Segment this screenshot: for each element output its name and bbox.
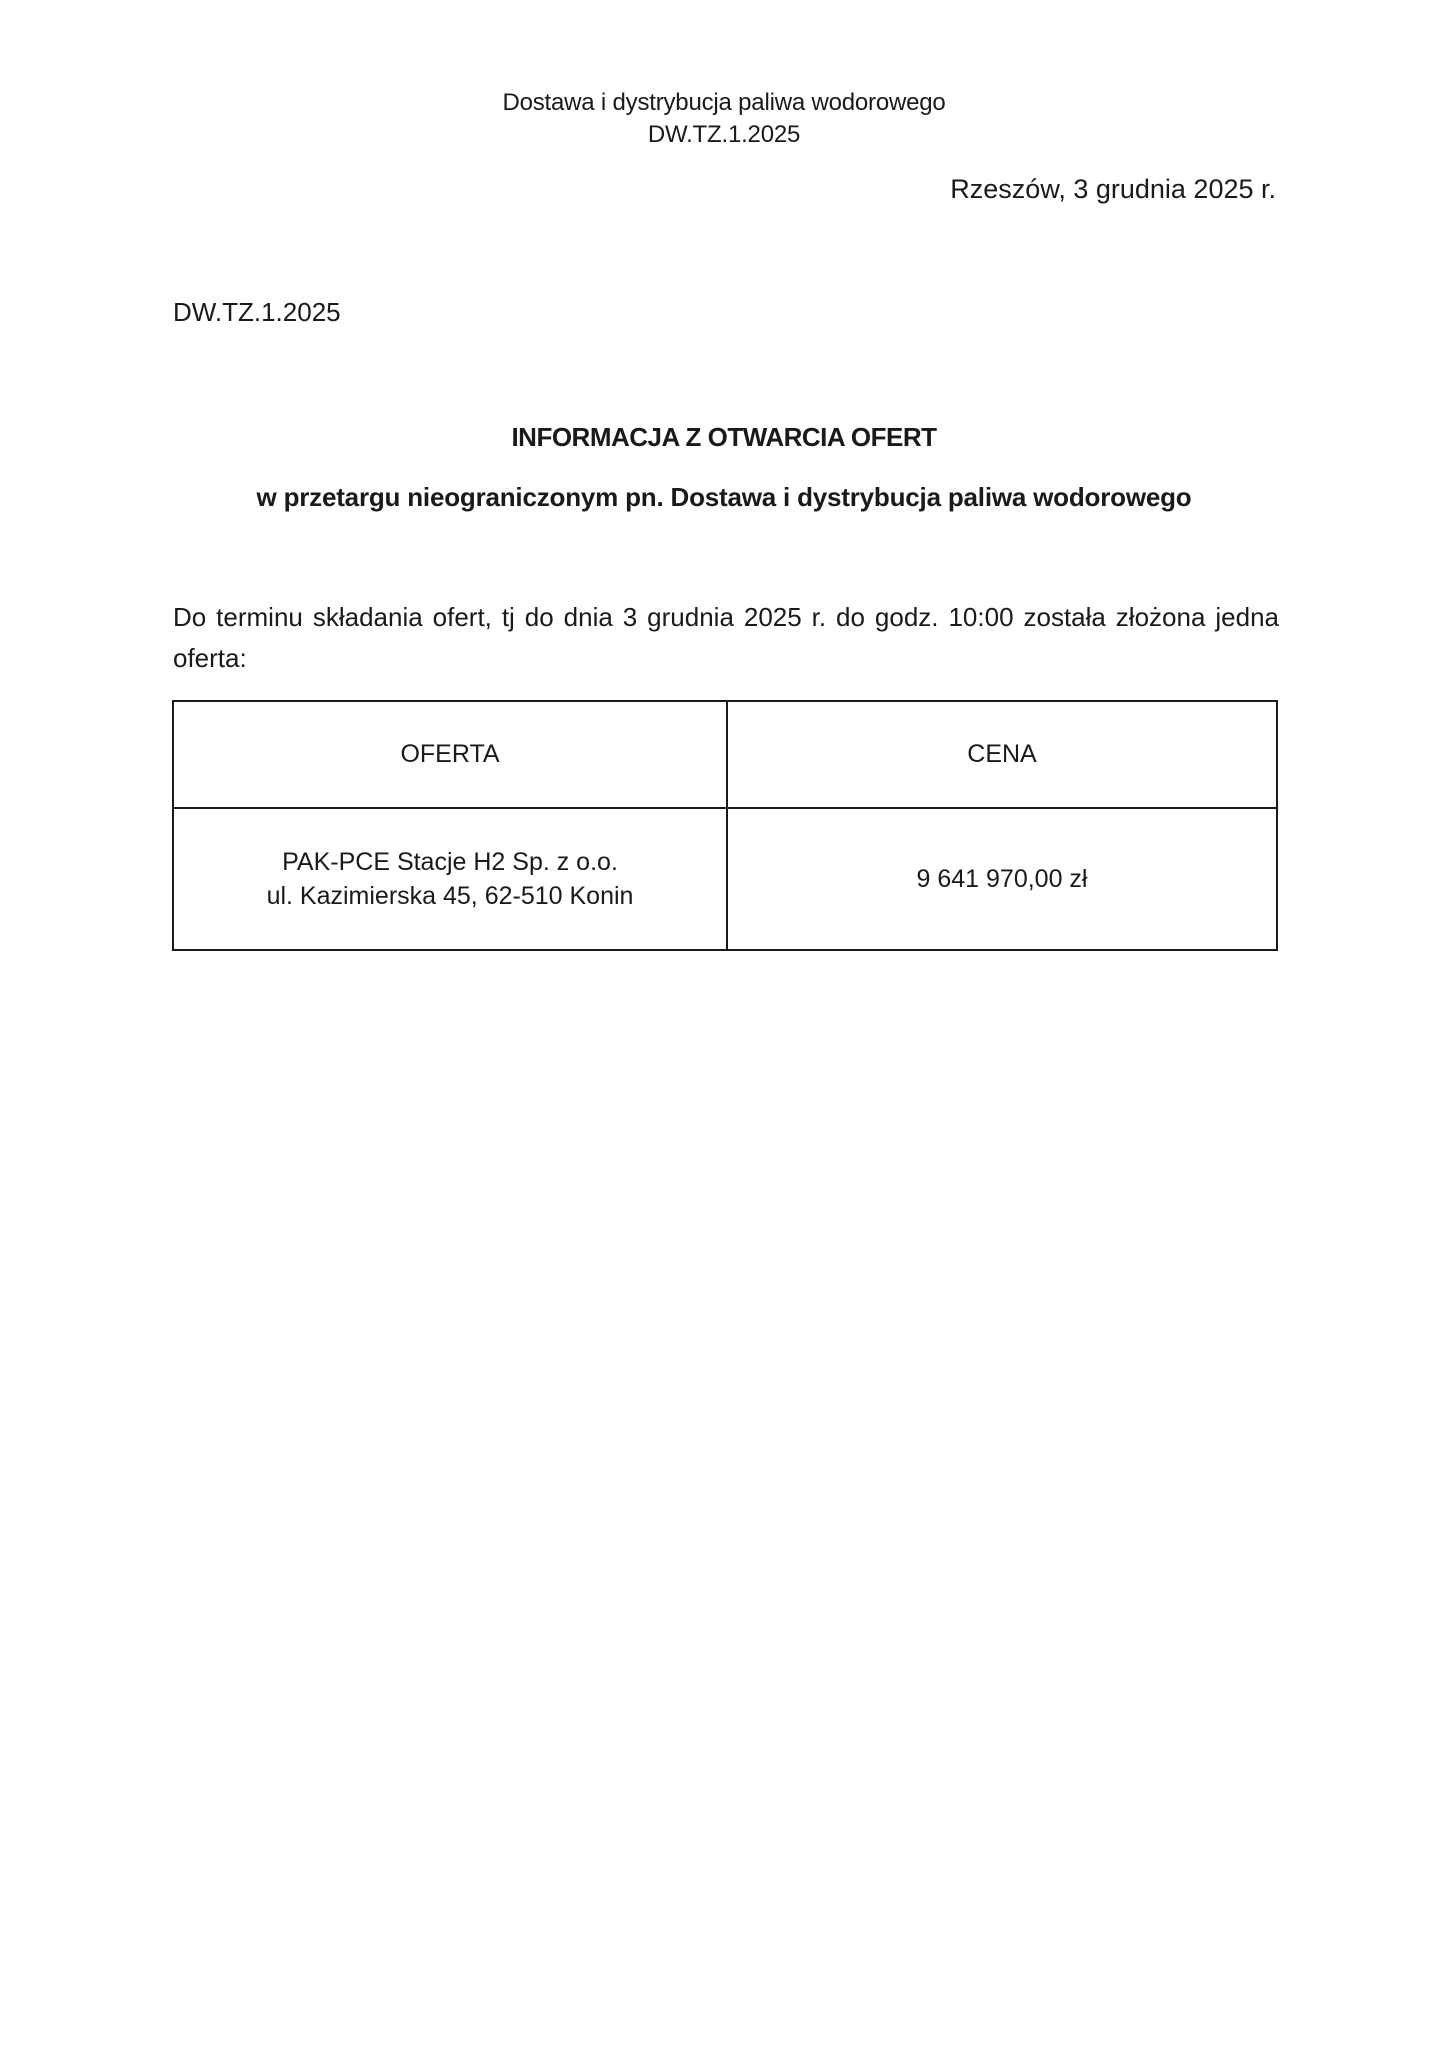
offer-address: ul. Kazimierska 45, 62-510 Konin: [174, 879, 726, 913]
reference-number: DW.TZ.1.2025: [173, 296, 341, 328]
offer-company-name: PAK-PCE Stacje H2 Sp. z o.o.: [174, 845, 726, 879]
column-header-offer: OFERTA: [173, 701, 727, 808]
document-subtitle: w przetargu nieograniczonym pn. Dostawa …: [0, 481, 1448, 513]
table-header-row: OFERTA CENA: [173, 701, 1277, 808]
offer-cell: PAK-PCE Stacje H2 Sp. z o.o. ul. Kazimie…: [173, 808, 727, 950]
body-paragraph: Do terminu składania ofert, tj do dnia 3…: [173, 597, 1279, 679]
price-cell: 9 641 970,00 zł: [727, 808, 1277, 950]
column-header-price: CENA: [727, 701, 1277, 808]
table-row: PAK-PCE Stacje H2 Sp. z o.o. ul. Kazimie…: [173, 808, 1277, 950]
document-header-reference: DW.TZ.1.2025: [0, 120, 1448, 150]
offers-table: OFERTA CENA PAK-PCE Stacje H2 Sp. z o.o.…: [172, 700, 1278, 951]
document-header-title: Dostawa i dystrybucja paliwa wodorowego: [0, 88, 1448, 118]
place-and-date: Rzeszów, 3 grudnia 2025 r.: [950, 172, 1276, 206]
document-title: INFORMACJA Z OTWARCIA OFERT: [0, 421, 1448, 453]
